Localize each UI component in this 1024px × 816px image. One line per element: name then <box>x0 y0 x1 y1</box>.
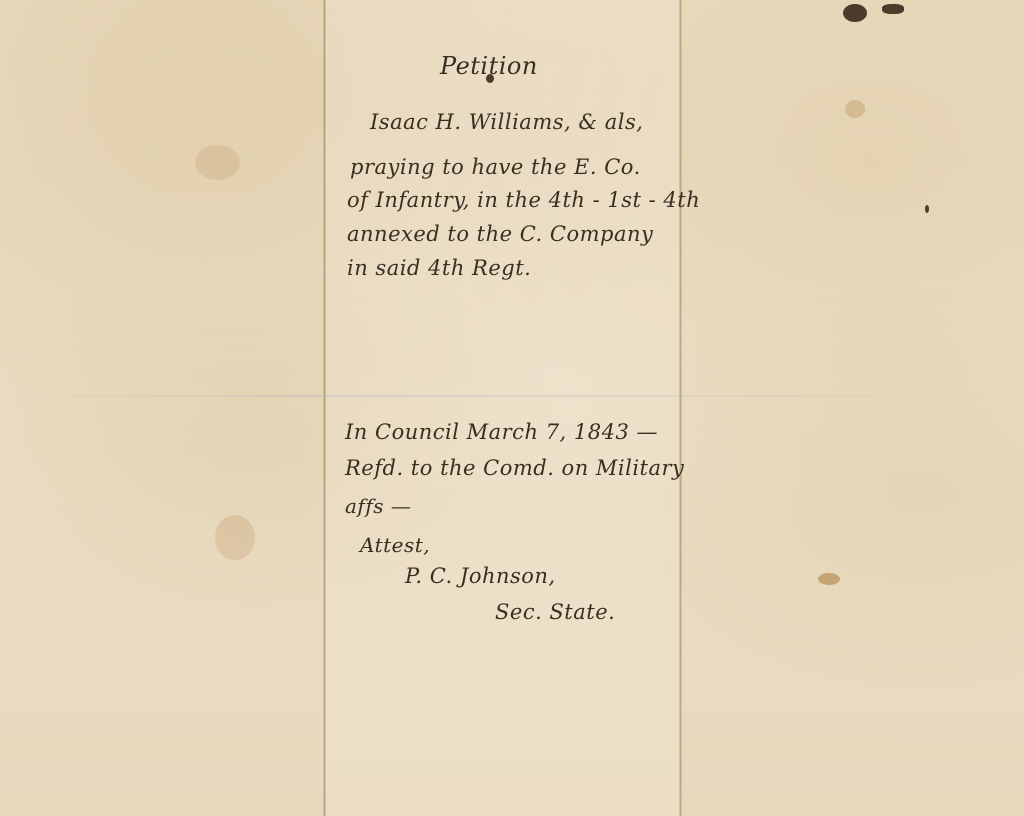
docket-line: praying to have the E. Co. <box>350 155 641 179</box>
docket-line: in said 4th Regt. <box>347 256 531 280</box>
ink-blot-stain <box>843 4 867 22</box>
rust-stain <box>818 573 840 585</box>
docket-title: Petition <box>440 52 538 80</box>
horizontal-crease <box>0 395 1024 397</box>
ink-blot-stain <box>925 205 929 213</box>
ink-blot-stain <box>882 4 904 14</box>
endorsement-line: In Council March 7, 1843 — <box>345 420 658 444</box>
endorsement-line: affs — <box>345 494 411 518</box>
attest-label: Attest, <box>360 533 430 557</box>
left-fold-panel <box>0 0 325 816</box>
right-fold-panel <box>680 0 1024 816</box>
signature: P. C. Johnson, <box>405 564 556 588</box>
vertical-fold-line-left <box>323 0 326 816</box>
endorsement-line: Refd. to the Comd. on Military <box>345 456 684 480</box>
document-paper: Petition Isaac H. Williams, & als, prayi… <box>0 0 1024 816</box>
rust-stain <box>845 100 865 118</box>
vertical-fold-line-right <box>679 0 682 816</box>
rust-stain <box>215 515 255 560</box>
docket-line: annexed to the C. Company <box>347 222 653 246</box>
docket-line: of Infantry, in the 4th - 1st - 4th <box>347 188 700 212</box>
signature-title: Sec. State. <box>495 600 615 624</box>
rust-stain <box>195 145 240 180</box>
docket-line: Isaac H. Williams, & als, <box>370 110 643 134</box>
